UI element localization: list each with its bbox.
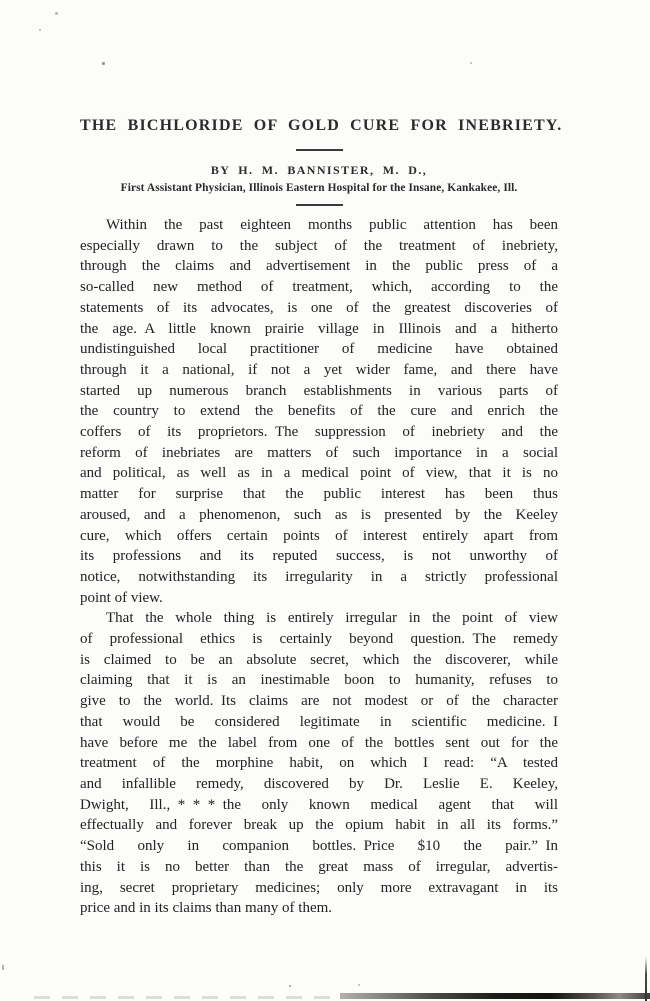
scan-speck	[358, 984, 360, 986]
text-line: Within the past eighteen months public a…	[80, 215, 558, 236]
scan-bottom-smudge	[34, 996, 340, 999]
text-line: of professional ethics is certainly beyo…	[80, 629, 558, 650]
scan-speck	[102, 62, 105, 65]
author-byline: BY H. M. BANNISTER, M. D.,	[80, 163, 558, 177]
byline-divider-rule	[296, 204, 343, 206]
text-line: treatment of the morphine habit, on whic…	[80, 753, 558, 774]
text-line: Dwight, Ill., * * * the only known medic…	[80, 795, 558, 816]
scan-speck	[2, 965, 4, 970]
text-line: give to the world. Its claims are not mo…	[80, 691, 558, 712]
text-line: reform of inebriates are matters of such…	[80, 443, 558, 464]
text-line: this it is no better than the great mass…	[80, 857, 558, 878]
text-line: have before me the label from one of the…	[80, 733, 558, 754]
text-line: notice, notwithstanding its irregularity…	[80, 567, 558, 588]
scan-speck	[39, 29, 41, 31]
article-body: Within the past eighteen months public a…	[80, 215, 558, 919]
text-column: THE BICHLORIDE OF GOLD CURE FOR INEBRIET…	[80, 0, 558, 919]
text-line: price and in its claims than many of the…	[80, 898, 558, 919]
scan-page-edge-shadow	[340, 993, 650, 999]
scan-speck	[55, 12, 58, 15]
author-affiliation: First Assistant Physician, Illinois East…	[80, 181, 558, 195]
text-line: statements of its advocates, is one of t…	[80, 298, 558, 319]
text-line: is claimed to be an absolute secret, whi…	[80, 650, 558, 671]
text-line: matter for surprise that the public inte…	[80, 484, 558, 505]
text-line: and infallible remedy, discovered by Dr.…	[80, 774, 558, 795]
scanned-document-page: THE BICHLORIDE OF GOLD CURE FOR INEBRIET…	[0, 0, 650, 1001]
title-divider-rule	[296, 149, 343, 151]
text-line: and political, as well as in a medical p…	[80, 463, 558, 484]
scan-speck	[289, 985, 291, 987]
text-line: “Sold only in companion bottles. Price $…	[80, 836, 558, 857]
text-line: claiming that it is an inestimable boon …	[80, 670, 558, 691]
scan-right-edge-line	[645, 957, 647, 1001]
text-line: effectually and forever break up the opi…	[80, 815, 558, 836]
text-line: the country to extend the benefits of th…	[80, 401, 558, 422]
text-line: so-called new method of treatment, which…	[80, 277, 558, 298]
text-line: cure, which offers certain points of int…	[80, 526, 558, 547]
text-line: through it a national, if not a yet wide…	[80, 360, 558, 381]
text-line: especially drawn to the subject of the t…	[80, 236, 558, 257]
text-line: ing, secret proprietary medicines; only …	[80, 878, 558, 899]
text-line: undistinguished local practitioner of me…	[80, 339, 558, 360]
text-line: that would be considered legitimate in s…	[80, 712, 558, 733]
text-line: point of view.	[80, 588, 558, 609]
text-line: aroused, and a phenomenon, such as is pr…	[80, 505, 558, 526]
text-line: started up numerous branch establishment…	[80, 381, 558, 402]
text-line: coffers of its proprietors. The suppress…	[80, 422, 558, 443]
text-line: the age. A little known prairie village …	[80, 319, 558, 340]
scan-speck	[470, 62, 472, 64]
text-line: its professions and its reputed success,…	[80, 546, 558, 567]
text-line: That the whole thing is entirely irregul…	[80, 608, 558, 629]
page-title: THE BICHLORIDE OF GOLD CURE FOR INEBRIET…	[80, 116, 558, 136]
text-line: through the claims and advertisement in …	[80, 256, 558, 277]
